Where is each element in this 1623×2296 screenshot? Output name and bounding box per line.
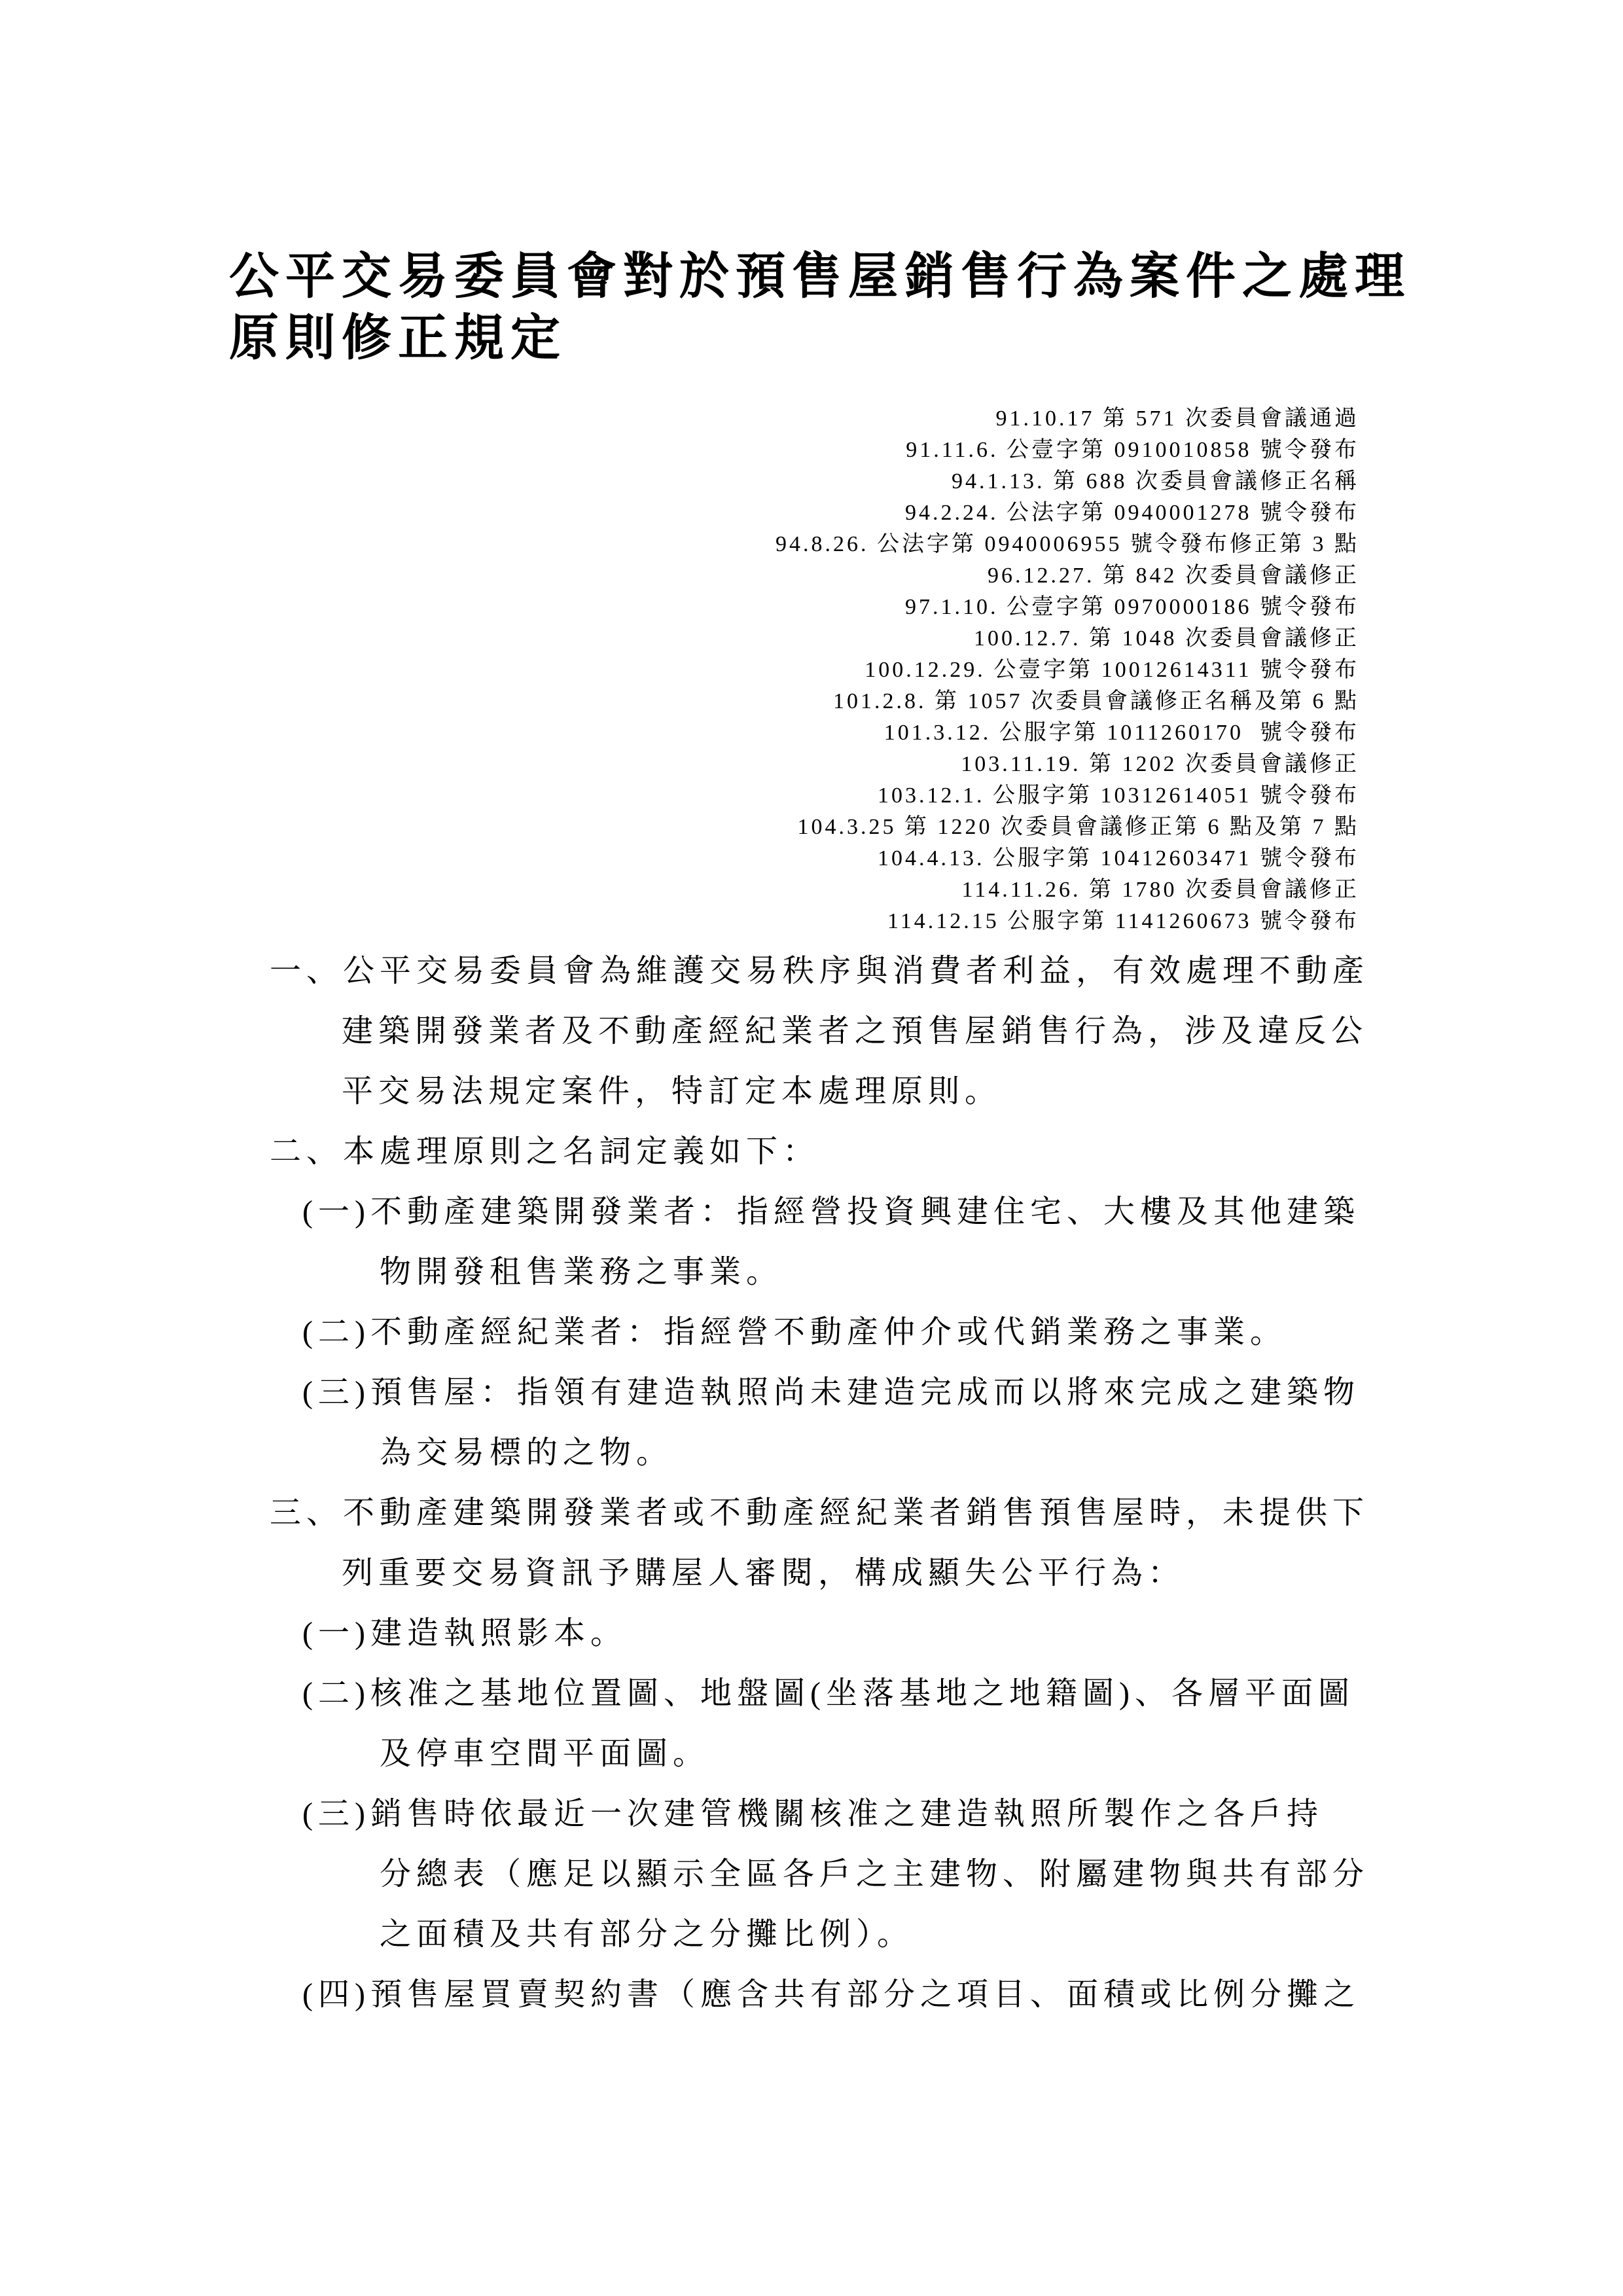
body-line: (三)預售屋：指領有建造執照尚未建造完成而以將來完成之建築物	[302, 1363, 1369, 1423]
revision-line: 97.1.10. 公壹字第 0970000186 號令發布	[776, 592, 1359, 623]
body-line: (二)核准之基地位置圖、地盤圖(坐落基地之地籍圖)、各層平面圖	[302, 1664, 1369, 1724]
body-line: (三)銷售時依最近一次建管機關核准之建造執照所製作之各戶持	[302, 1784, 1369, 1844]
revision-line: 104.4.13. 公服字第 10412603471 號令發布	[776, 843, 1359, 874]
revision-line: 100.12.7. 第 1048 次委員會議修正	[776, 623, 1359, 655]
body-text: 一、公平交易委員會為維護交易秩序與消費者利益，有效處理不動產建築開發業者及不動產…	[270, 941, 1369, 2025]
revision-line: 103.12.1. 公服字第 10312614051 號令發布	[776, 780, 1359, 812]
revision-line: 100.12.29. 公壹字第 10012614311 號令發布	[776, 655, 1359, 686]
revision-line: 103.11.19. 第 1202 次委員會議修正	[776, 749, 1359, 780]
body-line: 之面積及共有部分之分攤比例）。	[380, 1905, 1369, 1965]
document-title: 公平交易委員會對於預售屋銷售行為案件之處理原則修正規定	[229, 246, 1411, 369]
body-line: 及停車空間平面圖。	[380, 1724, 1369, 1784]
revision-line: 101.2.8. 第 1057 次委員會議修正名稱及第 6 點	[776, 686, 1359, 717]
body-line: (四)預售屋買賣契約書（應含共有部分之項目、面積或比例分攤之	[302, 1965, 1369, 2025]
body-line: 列重要交易資訊予購屋人審閱，構成顯失公平行為：	[342, 1543, 1369, 1604]
revision-line: 114.12.15 公服字第 1141260673 號令發布	[776, 906, 1359, 937]
body-line: 二、本處理原則之名詞定義如下：	[270, 1122, 1369, 1182]
body-line: 物開發租售業務之事業。	[380, 1242, 1369, 1302]
revision-history: 91.10.17 第 571 次委員會議通過91.11.6. 公壹字第 0910…	[776, 403, 1359, 937]
revision-line: 104.3.25 第 1220 次委員會議修正第 6 點及第 7 點	[776, 812, 1359, 843]
revision-line: 96.12.27. 第 842 次委員會議修正	[776, 560, 1359, 592]
revision-line: 91.10.17 第 571 次委員會議通過	[776, 403, 1359, 435]
body-line: 平交易法規定案件，特訂定本處理原則。	[342, 1062, 1369, 1122]
revision-line: 94.1.13. 第 688 次委員會議修正名稱	[776, 466, 1359, 497]
body-line: (一)建造執照影本。	[302, 1604, 1369, 1664]
body-line: 分總表（應足以顯示全區各戶之主建物、附屬建物與共有部分	[380, 1844, 1369, 1905]
body-line: 三、不動產建築開發業者或不動產經紀業者銷售預售屋時，未提供下	[270, 1483, 1369, 1543]
revision-line: 114.11.26. 第 1780 次委員會議修正	[776, 874, 1359, 906]
body-line: 為交易標的之物。	[380, 1423, 1369, 1483]
document-page: 公平交易委員會對於預售屋銷售行為案件之處理原則修正規定 91.10.17 第 5…	[0, 0, 1623, 2296]
revision-line: 101.3.12. 公服字第 1011260170 號令發布	[776, 717, 1359, 749]
revision-line: 94.2.24. 公法字第 0940001278 號令發布	[776, 497, 1359, 529]
body-line: (一)不動產建築開發業者：指經營投資興建住宅、大樓及其他建築	[302, 1182, 1369, 1242]
revision-line: 91.11.6. 公壹字第 0910010858 號令發布	[776, 435, 1359, 466]
body-line: 建築開發業者及不動產經紀業者之預售屋銷售行為，涉及違反公	[342, 1001, 1369, 1062]
document-title-line: 公平交易委員會對於預售屋銷售行為案件之處理	[229, 246, 1411, 308]
body-line: 一、公平交易委員會為維護交易秩序與消費者利益，有效處理不動產	[270, 941, 1369, 1001]
document-title-line: 原則修正規定	[229, 308, 1411, 369]
revision-line: 94.8.26. 公法字第 0940006955 號令發布修正第 3 點	[776, 529, 1359, 560]
body-line: (二)不動產經紀業者：指經營不動產仲介或代銷業務之事業。	[302, 1302, 1369, 1363]
